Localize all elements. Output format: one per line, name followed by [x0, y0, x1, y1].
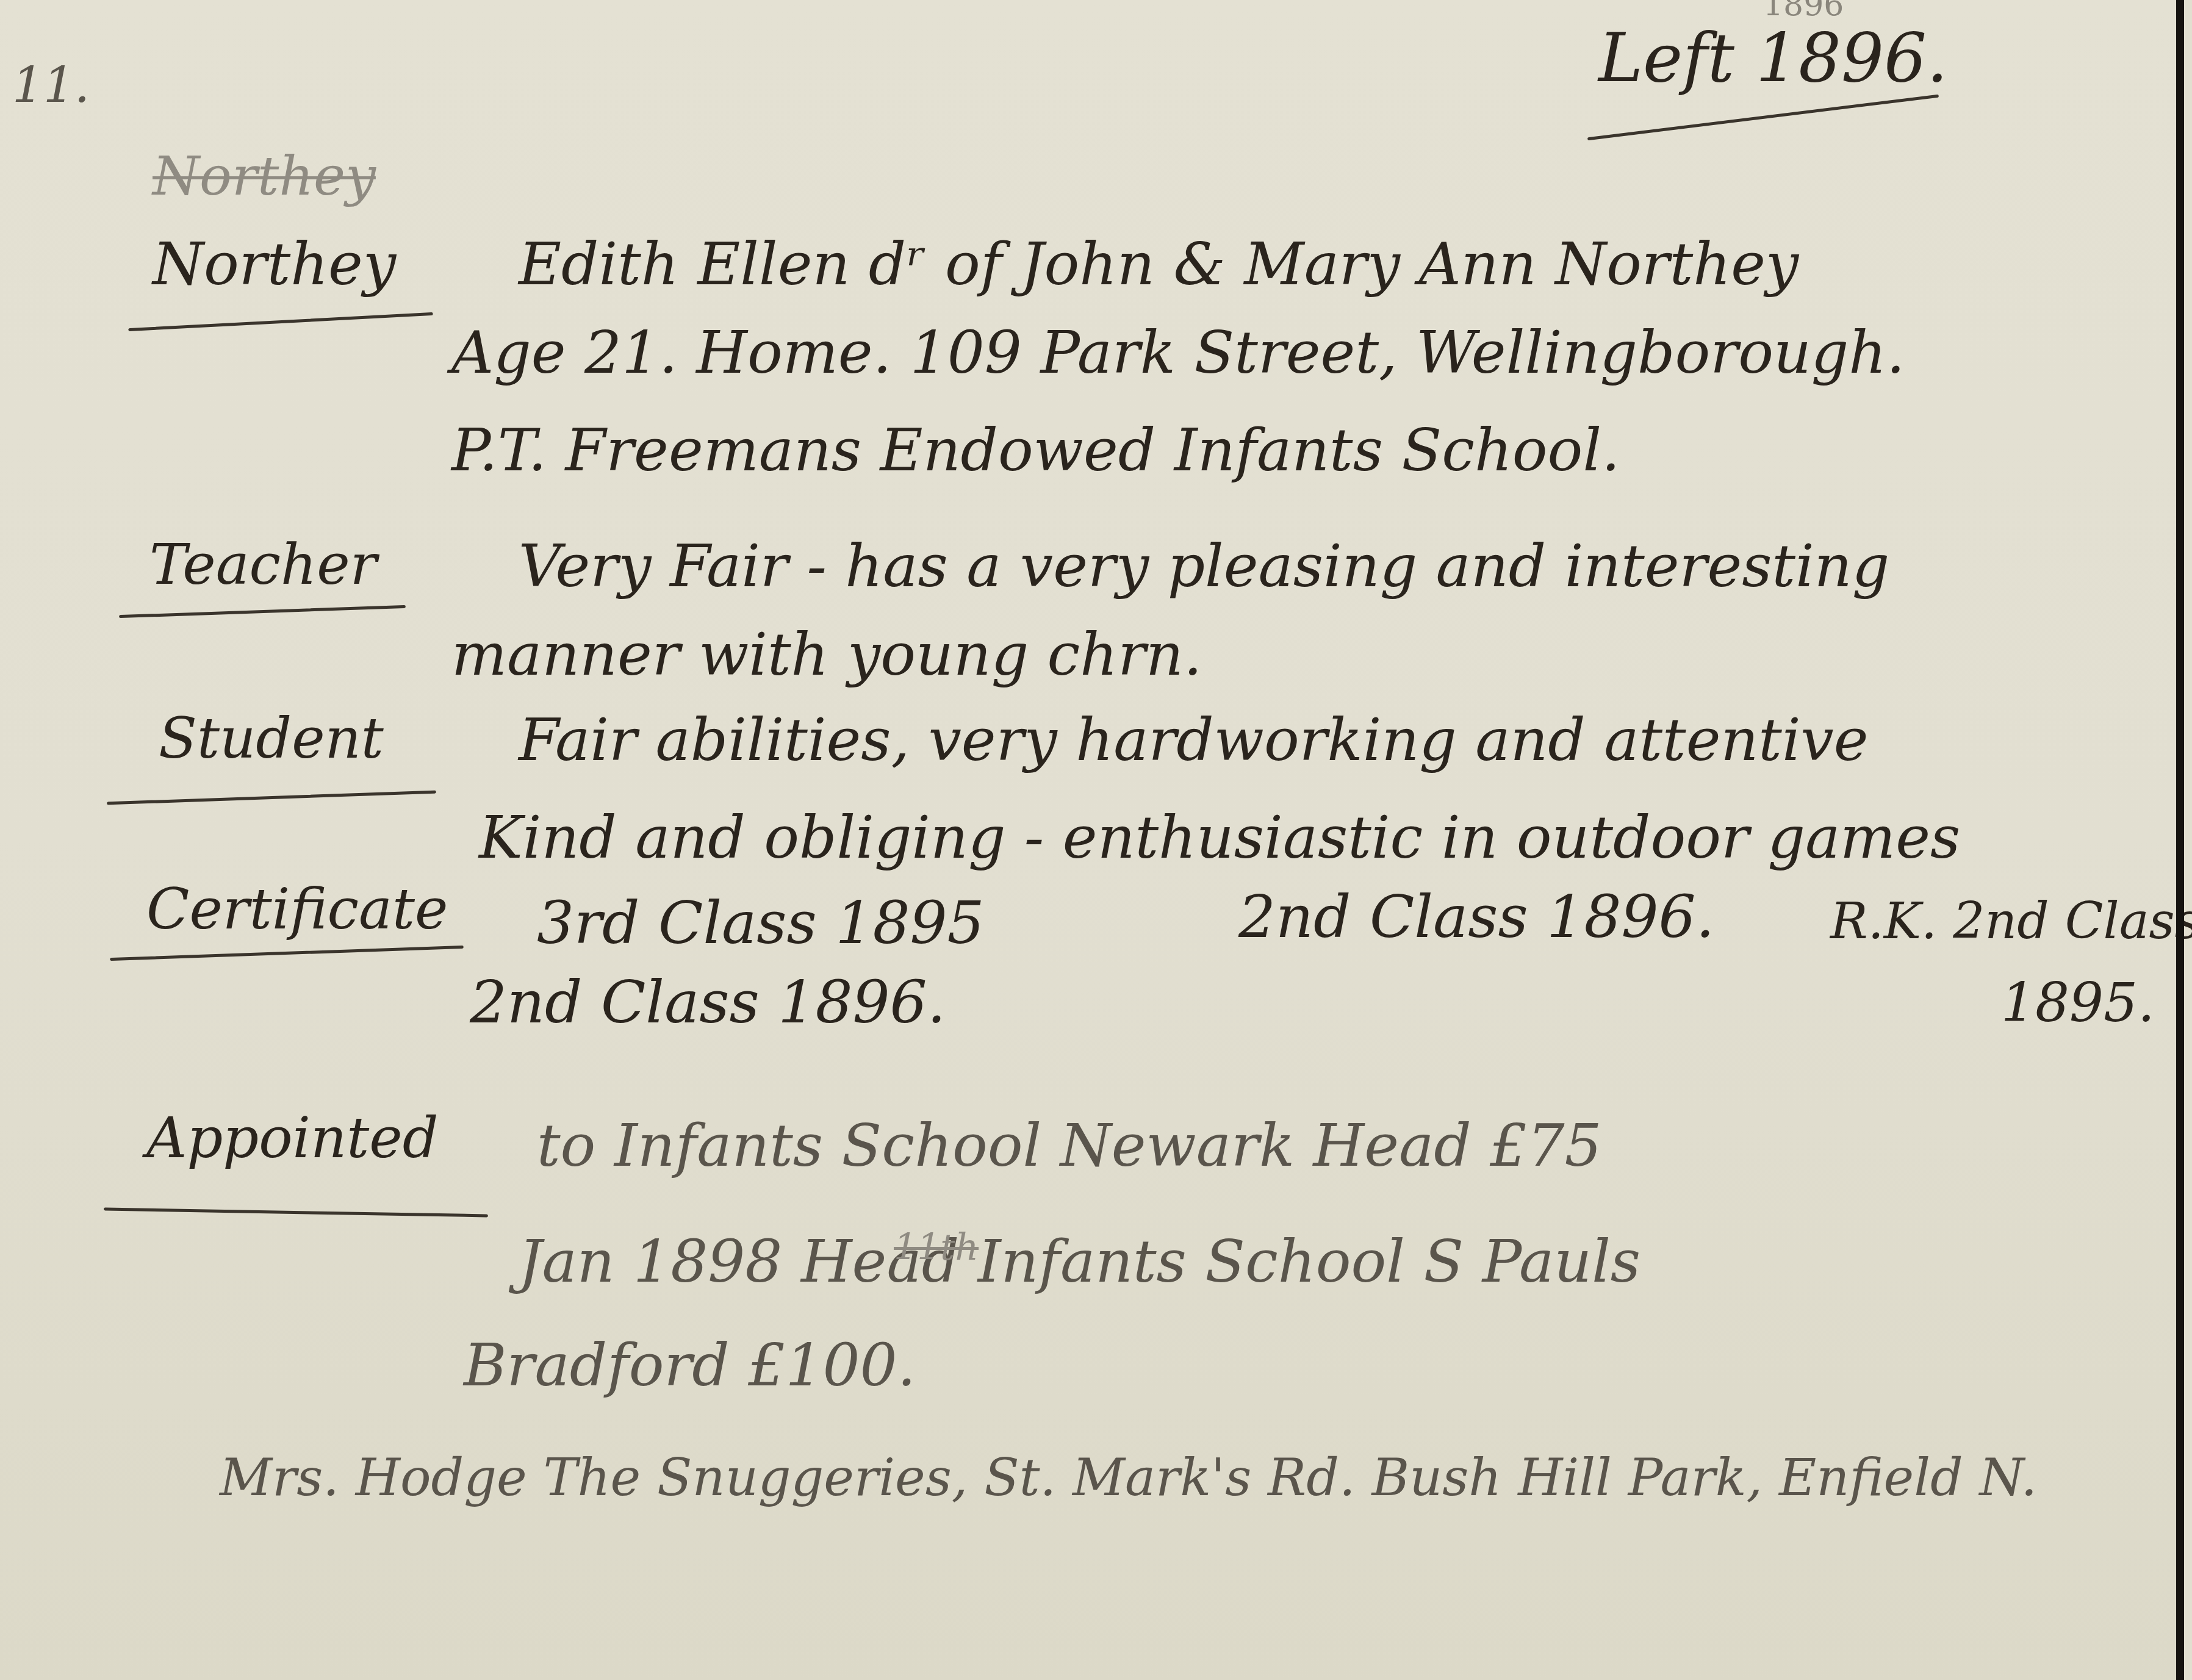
pencil-year-note: 1896 [1763, 0, 1844, 21]
page-number: 11. [12, 61, 90, 110]
teacher-remark-line-2: manner with young chrn. [451, 625, 1202, 684]
teacher-remark-line-1: Very Fair - has a very pleasing and inte… [519, 537, 1889, 595]
teacher-label: Teacher [149, 537, 377, 593]
appointed-underline [104, 1208, 488, 1218]
appointed-label: Appointed [146, 1110, 439, 1166]
entry-line-1: Edith Ellen dʳ of John & Mary Ann Northe… [519, 235, 1799, 293]
appointed-line-3: Bradford £100. [464, 1336, 916, 1395]
surname-underline [128, 312, 433, 331]
student-remark-line-1: Fair abilities, very hardworking and att… [519, 711, 1869, 769]
appointed-line-2: Jan 1898 Head Infants School S Pauls [519, 1232, 1640, 1291]
surname-label: Northey [153, 235, 396, 293]
entry-line-2: Age 21. Home. 109 Park Street, Wellingbo… [451, 323, 1905, 382]
teacher-underline [119, 605, 406, 618]
entry-line-3: P.T. Freemans Endowed Infants School. [451, 421, 1620, 479]
appointed-line-1: to Infants School Newark Head £75 [537, 1116, 1602, 1175]
certificate-label: Certificate [146, 881, 448, 938]
certificate-3rd-class: 3rd Class 1895 [537, 894, 985, 952]
student-underline [107, 791, 436, 805]
certificate-2nd-class-second: 2nd Class 1896. [470, 973, 946, 1032]
struck-note: 11th [894, 1229, 979, 1266]
page-edge [2176, 0, 2184, 1680]
student-remark-line-2: Kind and obliging - enthusiastic in outd… [479, 808, 1960, 867]
left-note-underline [1587, 95, 1939, 141]
left-date-note: Left 1896. [1598, 24, 1948, 92]
struck-surname: Northey [153, 149, 376, 203]
ledger-page: 11. 1896 Left 1896. Northey Northey Edit… [0, 0, 2184, 1680]
certificate-2nd-class: 2nd Class 1896. [1238, 888, 1714, 946]
student-label: Student [159, 711, 384, 767]
address-note: Mrs. Hodge The Snuggeries, St. Mark's Rd… [220, 1452, 2037, 1503]
certificate-rk-year: 1895. [2001, 976, 2155, 1030]
certificate-underline [110, 946, 464, 961]
certificate-rk-class: R.K. 2nd Class [1830, 897, 2192, 947]
